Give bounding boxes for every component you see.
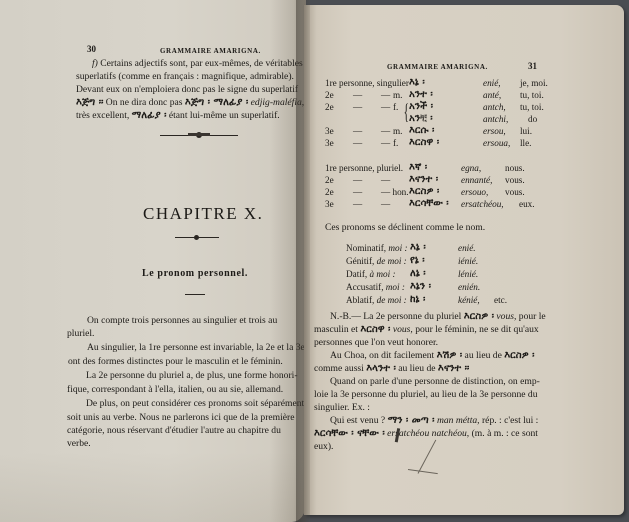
book-gutter (296, 0, 310, 522)
text-line: Au Choa, on dit facilement እሽዎ ፡ au lieu… (330, 349, 534, 362)
text-line: Qui est venu ? ማን ፡ መጣ ፡ man métta, rép.… (330, 414, 538, 427)
text-line: f) Certains adjectifs sont, par eux-même… (92, 57, 303, 70)
text-line: እጅግ ። On ne dira donc pas እጅግ ፡ ማለፊያ ፡ e… (76, 96, 304, 109)
text-line: On compte trois personnes au singulier e… (87, 314, 277, 327)
table-row: 1re personne, singulier እኔ ፡ enié, je, m… (325, 77, 409, 89)
table-row: 2e — — f. አንች ፡ antch, tu, toi. (325, 101, 334, 113)
chapter-title: CHAPITRE X. (143, 204, 263, 224)
table-row: 3e — — እርሳቸው ፡ ersatchéou, eux. (325, 198, 334, 210)
table-row: Datif, à moi : ለኔ ፡ lénié. (346, 268, 396, 280)
page-number: 31 (528, 61, 537, 71)
text-line: fique, correspondant à l'ella, italien, … (67, 383, 283, 396)
text-line: comme aussi እላንተ ፡ au lieu de እናንተ ። (314, 362, 469, 375)
table-row: 2e — — hon. እርስዎ ፡ ersouo, vous. (325, 186, 334, 198)
text-line: soit unis au verbe. Nous ne parlerons ic… (67, 411, 295, 424)
table-row: Nominatif, moi : እኔ ፡ enié. (346, 242, 408, 254)
section-underline (185, 294, 205, 295)
text-line: verbe. (67, 437, 91, 450)
text-line: Quand on parle d'une personne de distinc… (330, 375, 540, 388)
table-row: 2e — — እናንተ ፡ ennanté, vous. (325, 174, 334, 186)
text-line: እርሳቸው ፡ ናቸው ፡ ersatchéou natchéou, (m. à… (314, 427, 538, 440)
text-line: Au singulier, la 1re personne est invari… (87, 341, 305, 354)
text-line: Ces pronoms se déclinent comme le nom. (325, 221, 485, 234)
page-number: 30 (87, 44, 96, 54)
text-line: ont des formes distinctes pour le mascul… (68, 355, 283, 368)
table-row: 3e — — m. እርሱ ፡ ersou, lui. (325, 125, 334, 137)
text-line: masculin et እርስዋ ፡ vous, pour le féminin… (314, 323, 539, 336)
text-line: singulier. Ex. : (314, 401, 370, 414)
text-line: N.-B.— La 2e personne du pluriel እርስዎ ፡ … (330, 310, 546, 323)
right-page: GRAMMAIRE AMARIGNA. 31 1re personne, sin… (304, 5, 624, 515)
text-line: pluriel. (67, 327, 94, 340)
text-line: La 2e personne du pluriel a, de plus, un… (86, 369, 298, 382)
running-head: GRAMMAIRE AMARIGNA. (160, 47, 261, 55)
table-row: Accusatif, moi : እኔን ፡ enién. (346, 281, 405, 293)
text-line: superlatifs (comme en français : magnifi… (76, 70, 294, 83)
text-line: loie la 3e personne du pluriel, au lieu … (314, 388, 538, 401)
text-line: très excellent, ማለፊያ ፡ étant lui-même un… (76, 109, 280, 122)
table-row: 2e — — m. አንተ ፡ anté, tu, toi. (325, 89, 334, 101)
table-row: 3e — — f. እርስዋ ፡ ersoua, lle. (325, 137, 334, 149)
text-line: catégorie, nous réservant d'étudier l'au… (67, 424, 281, 437)
running-head: GRAMMAIRE AMARIGNA. (387, 63, 488, 71)
table-row: Génitif, de moi : የኔ ፡ iénié. (346, 255, 407, 267)
section-title: Le pronom personnel. (142, 268, 248, 279)
text-line: eux). (314, 440, 333, 453)
table-row: Ablatif, de moi : ከኔ ፡ kénié, etc. (346, 294, 407, 306)
text-line: personnes que l'on veut honorer. (314, 336, 438, 349)
text-line: De plus, on peut considérer ces pronoms … (86, 397, 304, 410)
text-line: Devant eux on n'emploiera donc pas le si… (76, 83, 298, 96)
left-page: 30 GRAMMAIRE AMARIGNA. f) Certains adjec… (0, 0, 306, 522)
table-row: 1re personne, pluriel. እኛ ፡ egna, nous. (325, 162, 403, 174)
